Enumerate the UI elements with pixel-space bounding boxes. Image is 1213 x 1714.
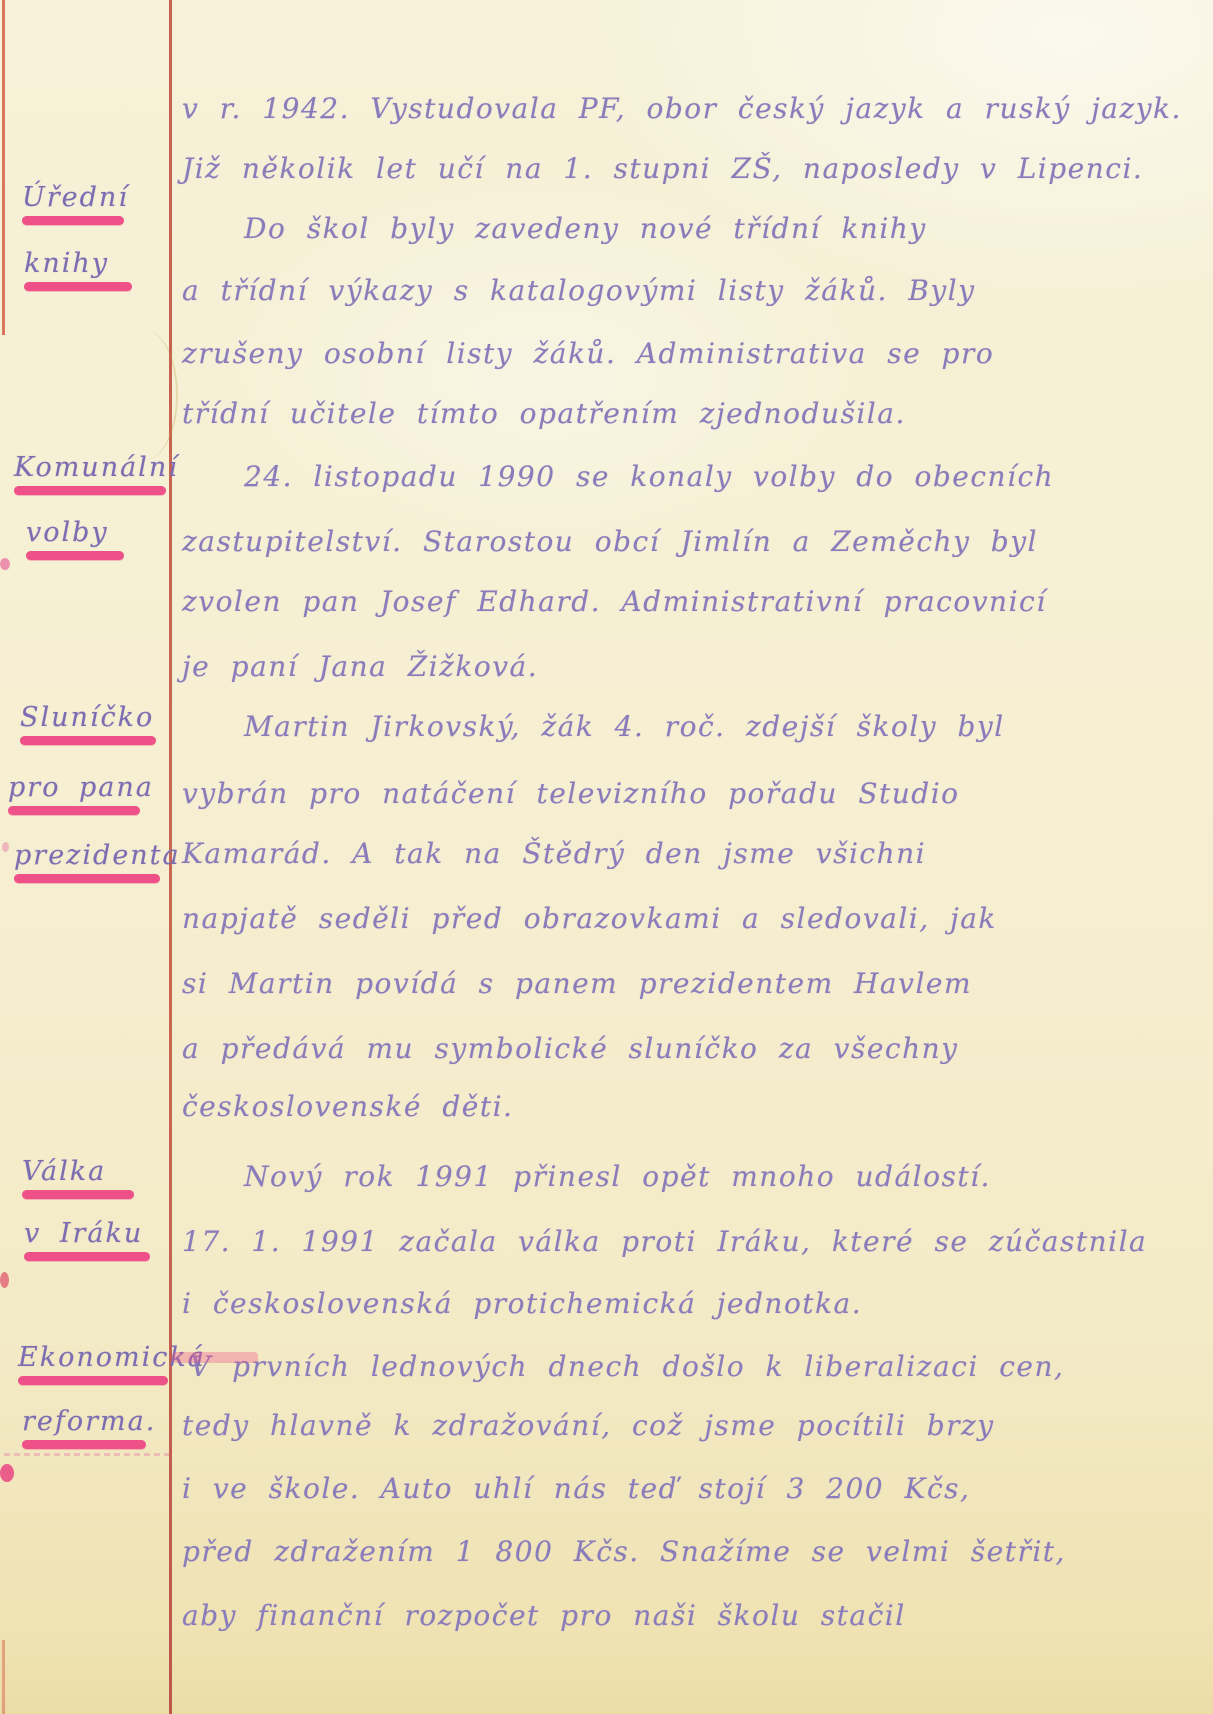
margin-note-text: Komunální bbox=[14, 452, 179, 483]
margin-note-text: Úřední bbox=[22, 182, 129, 213]
margin-note-word: volby bbox=[26, 517, 124, 560]
margin-note-text: Válka bbox=[22, 1156, 134, 1187]
ink-dot bbox=[0, 558, 10, 570]
margin-note-word: prezidenta bbox=[14, 840, 181, 883]
handwriting-line: před zdražením 1 800 Kčs. Snažíme se vel… bbox=[182, 1535, 1193, 1568]
faint-bleed-line bbox=[4, 1453, 169, 1456]
margin-note-underline bbox=[26, 551, 124, 560]
margin-note-word: Komunální bbox=[14, 452, 179, 495]
margin-note-underline bbox=[24, 282, 132, 291]
pink-ink-smudge bbox=[172, 1352, 258, 1363]
ink-dot bbox=[0, 1464, 14, 1482]
ink-bleed-mark bbox=[112, 330, 178, 460]
margin-note-word: Ekonomická bbox=[18, 1342, 206, 1385]
margin-note-text: Sluníčko bbox=[20, 702, 156, 733]
ink-dot bbox=[2, 842, 9, 852]
margin-note-underline bbox=[18, 1376, 168, 1385]
margin-note-underline bbox=[14, 874, 160, 883]
margin-note-underline bbox=[8, 806, 140, 815]
margin-note-text: prezidenta bbox=[14, 840, 181, 871]
margin-note-word: Sluníčko bbox=[20, 702, 156, 745]
page-left-edge-line bbox=[2, 1640, 5, 1714]
margin-note-underline bbox=[20, 736, 156, 745]
handwriting-line: a třídní výkazy s katalogovými listy žák… bbox=[182, 274, 1193, 307]
handwriting-line: a předává mu symbolické sluníčko za všec… bbox=[182, 1032, 1193, 1065]
handwriting-line: aby finanční rozpočet pro naši školu sta… bbox=[182, 1599, 1193, 1632]
margin-note-text: knihy bbox=[24, 248, 132, 279]
handwriting-line: zvolen pan Josef Edhard. Administrativní… bbox=[182, 585, 1193, 618]
margin-note-word: pro pana bbox=[8, 772, 154, 815]
margin-note-text: volby bbox=[26, 517, 124, 548]
handwriting-line: Nový rok 1991 přinesl opět mnoho událost… bbox=[182, 1160, 1193, 1193]
handwriting-line: zrušeny osobní listy žáků. Administrativ… bbox=[182, 337, 1193, 370]
handwriting-line: 17. 1. 1991 začala válka proti Iráku, kt… bbox=[182, 1225, 1193, 1258]
handwriting-line: v r. 1942. Vystudovala PF, obor český ja… bbox=[182, 92, 1193, 125]
handwriting-line: i ve škole. Auto uhlí nás teď stojí 3 20… bbox=[182, 1472, 1193, 1505]
margin-note-underline bbox=[24, 1252, 150, 1261]
margin-note-text: pro pana bbox=[8, 772, 154, 803]
margin-note-underline bbox=[22, 1190, 134, 1199]
margin-note-word: Válka bbox=[22, 1156, 134, 1199]
handwriting-line: Do škol byly zavedeny nové třídní knihy bbox=[182, 212, 1193, 245]
margin-note-text: reforma. bbox=[22, 1406, 156, 1437]
handwriting-line: napjatě seděli před obrazovkami a sledov… bbox=[182, 902, 1193, 935]
handwriting-line: vybrán pro natáčení televizního pořadu S… bbox=[182, 777, 1193, 810]
margin-note-text: v Iráku bbox=[24, 1218, 150, 1249]
handwriting-line: zastupitelství. Starostou obcí Jimlín a … bbox=[182, 525, 1193, 558]
margin-note-underline bbox=[14, 486, 166, 495]
handwriting-line: si Martin povídá s panem prezidentem Hav… bbox=[182, 967, 1193, 1000]
handwriting-line: je paní Jana Žižková. bbox=[182, 650, 1193, 683]
handwriting-line: i československá protichemická jednotka. bbox=[182, 1287, 1193, 1320]
handwriting-line: 24. listopadu 1990 se konaly volby do ob… bbox=[182, 460, 1193, 493]
handwriting-line: Již několik let učí na 1. stupni ZŠ, nap… bbox=[182, 152, 1193, 185]
handwriting-line: Martin Jirkovský, žák 4. roč. zdejší ško… bbox=[182, 710, 1193, 743]
page-left-edge-line bbox=[2, 0, 5, 335]
margin-note-word: knihy bbox=[24, 248, 132, 291]
chronicle-page: Úřední knihy Komunální volby Sluníčko pr… bbox=[0, 0, 1213, 1714]
ink-dot bbox=[0, 1272, 9, 1288]
handwriting-line: třídní učitele tímto opatřením zjednoduš… bbox=[182, 397, 1193, 430]
handwriting-line: tedy hlavně k zdražování, což jsme pocít… bbox=[182, 1409, 1193, 1442]
margin-note-underline bbox=[22, 216, 124, 225]
margin-note-word: Úřední bbox=[22, 182, 129, 225]
handwriting-line: V prvních lednových dnech došlo k libera… bbox=[182, 1350, 1193, 1383]
handwriting-line: Kamarád. A tak na Štědrý den jsme všichn… bbox=[182, 837, 1193, 870]
margin-note-word: v Iráku bbox=[24, 1218, 150, 1261]
margin-note-word: reforma. bbox=[22, 1406, 156, 1449]
handwriting-line: československé děti. bbox=[182, 1090, 1193, 1123]
margin-note-underline bbox=[22, 1440, 146, 1449]
